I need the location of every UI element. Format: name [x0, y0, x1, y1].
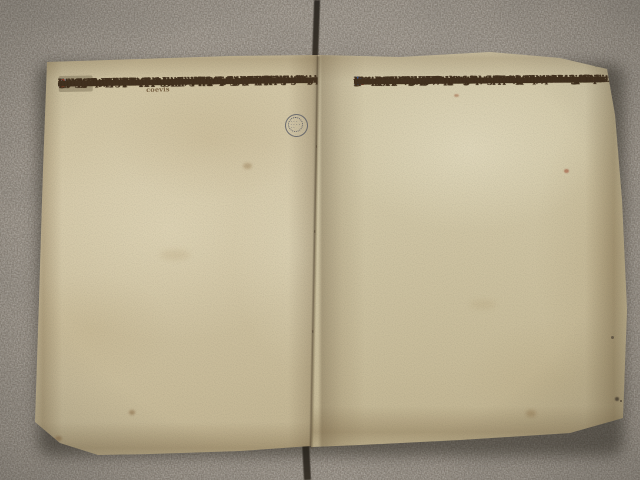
photo-of-manuscript: coevis buendus; puisione tante generosit… — [0, 0, 640, 480]
photo-vignette — [0, 0, 640, 480]
